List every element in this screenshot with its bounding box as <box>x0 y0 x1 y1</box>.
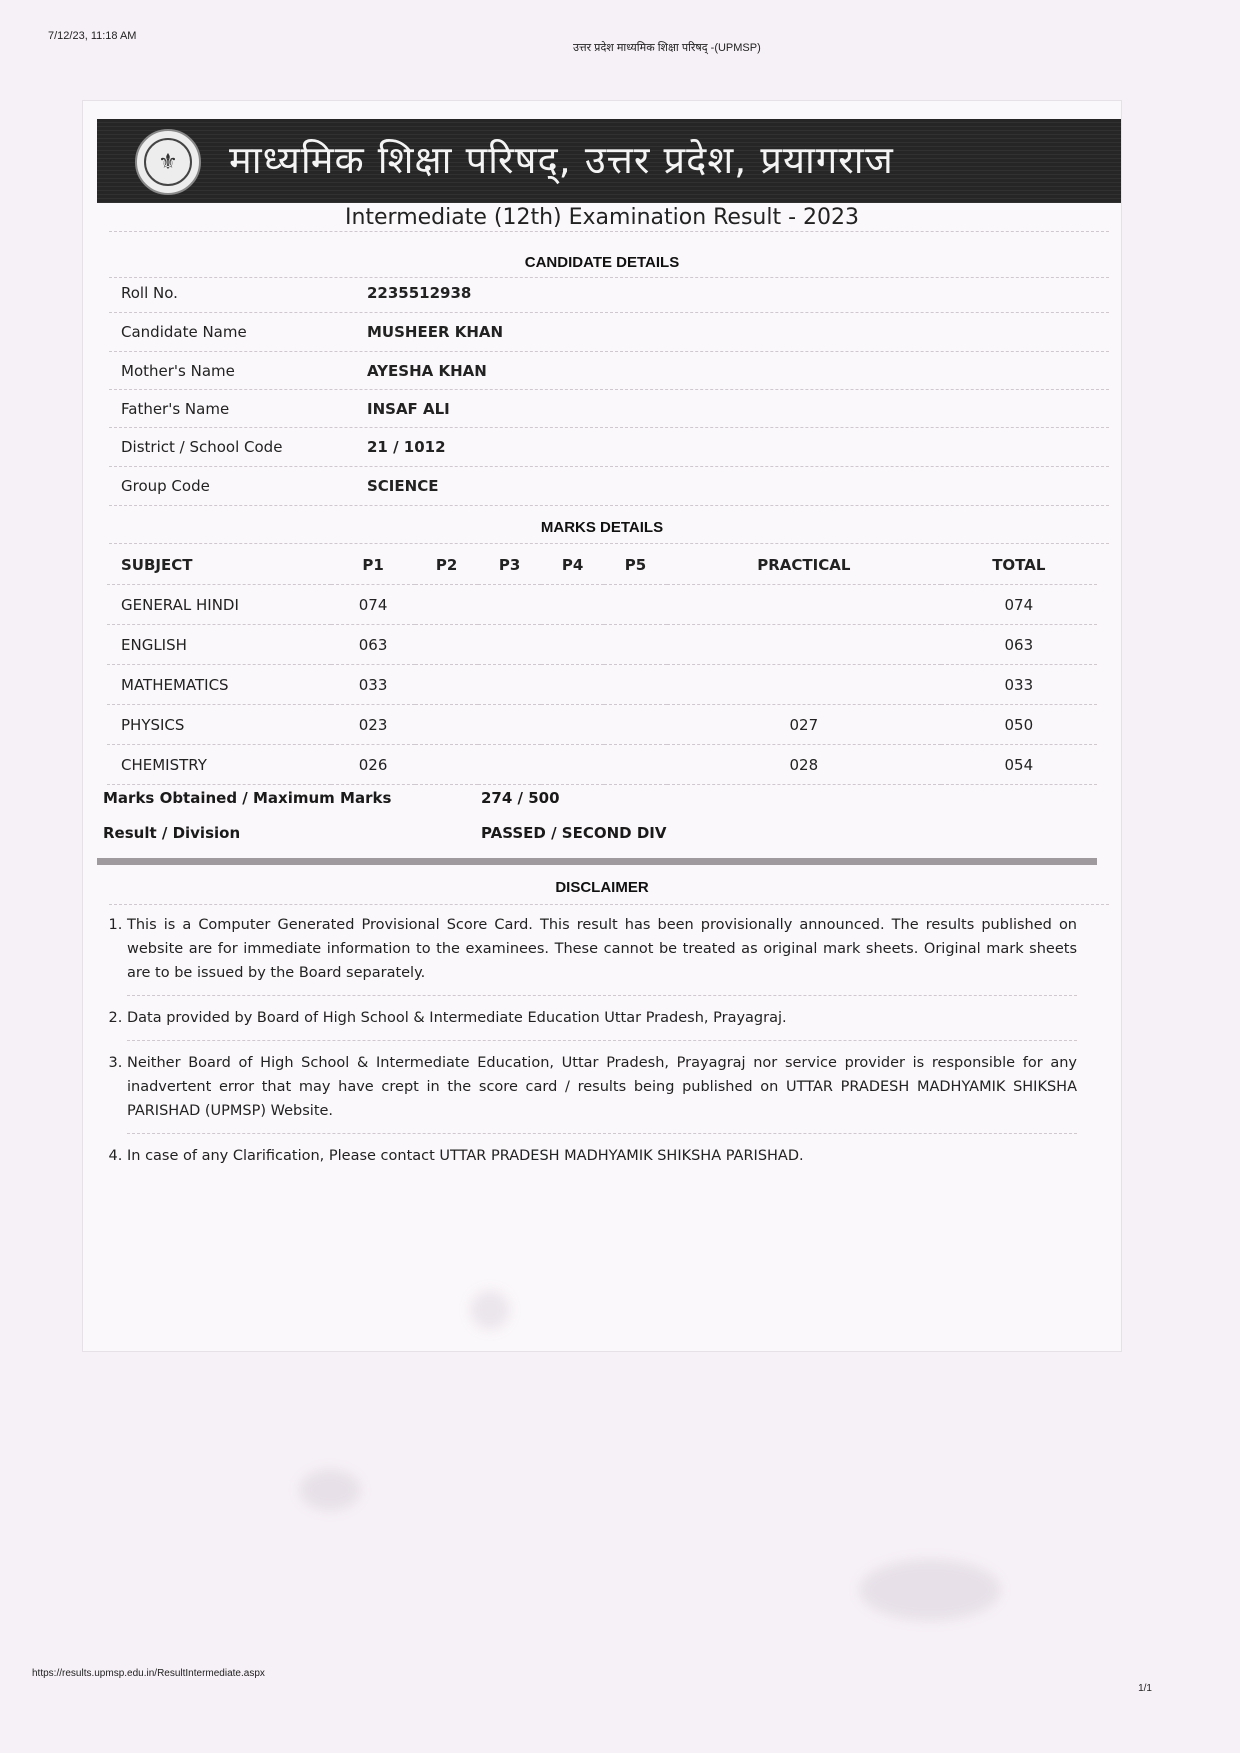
field-value: MUSHEER KHAN <box>367 323 503 341</box>
field-value: AYESHA KHAN <box>367 362 487 380</box>
cell-p4 <box>541 665 604 705</box>
cell-total: 074 <box>941 585 1097 625</box>
cell-p5 <box>604 585 667 625</box>
cell-p3 <box>478 625 541 665</box>
col-p4: P4 <box>541 545 604 585</box>
cell-practical: 027 <box>667 705 941 745</box>
divider <box>109 427 1109 428</box>
divider <box>109 904 1109 905</box>
cell-p1: 063 <box>331 625 415 665</box>
marks-obtained-value: 274 / 500 <box>481 789 560 807</box>
disclaimer-item: Neither Board of High School & Intermedi… <box>127 1051 1077 1134</box>
paper-smudge <box>300 1470 360 1510</box>
cell-p4 <box>541 705 604 745</box>
divider <box>109 466 1109 467</box>
cell-p2 <box>415 585 478 625</box>
disclaimer-title: DISCLAIMER <box>83 879 1121 896</box>
field-value: 21 / 1012 <box>367 438 446 456</box>
cell-subject: CHEMISTRY <box>107 745 331 785</box>
col-subject: SUBJECT <box>107 545 331 585</box>
upmsp-emblem-icon: ⚜ <box>135 129 201 195</box>
cell-subject: GENERAL HINDI <box>107 585 331 625</box>
field-label: Father's Name <box>121 400 351 418</box>
page-number: 1/1 <box>1138 1683 1152 1694</box>
field-label: Group Code <box>121 477 351 495</box>
marks-row: ENGLISH063063 <box>107 625 1097 665</box>
col-p3: P3 <box>478 545 541 585</box>
field-value: 2235512938 <box>367 284 471 302</box>
result-card: ⚜ माध्यमिक शिक्षा परिषद्, उत्तर प्रदेश, … <box>82 100 1122 1352</box>
divider <box>109 351 1109 352</box>
result-value: PASSED / SECOND DIV <box>481 824 666 842</box>
board-banner: ⚜ माध्यमिक शिक्षा परिषद्, उत्तर प्रदेश, … <box>97 119 1121 203</box>
exam-title: Intermediate (12th) Examination Result -… <box>83 205 1121 230</box>
col-p2: P2 <box>415 545 478 585</box>
board-title: माध्यमिक शिक्षा परिषद्, उत्तर प्रदेश, प्… <box>229 133 894 185</box>
marks-row: GENERAL HINDI074074 <box>107 585 1097 625</box>
cell-p1: 033 <box>331 665 415 705</box>
section-divider <box>97 858 1097 865</box>
cell-p3 <box>478 745 541 785</box>
print-site-title: उत्तर प्रदेश माध्यमिक शिक्षा परिषद् -(UP… <box>573 40 761 55</box>
print-url: https://results.upmsp.edu.in/ResultInter… <box>32 1668 265 1679</box>
divider <box>109 277 1109 278</box>
field-label: District / School Code <box>121 438 351 456</box>
cell-p3 <box>478 705 541 745</box>
cell-p1: 023 <box>331 705 415 745</box>
marks-row: MATHEMATICS033033 <box>107 665 1097 705</box>
field-label: Roll No. <box>121 284 351 302</box>
cell-total: 063 <box>941 625 1097 665</box>
cell-total: 050 <box>941 705 1097 745</box>
divider <box>109 231 1109 232</box>
field-label: Mother's Name <box>121 362 351 380</box>
result-label: Result / Division <box>103 824 240 842</box>
col-practical: PRACTICAL <box>667 545 941 585</box>
cell-practical <box>667 665 941 705</box>
print-datetime: 7/12/23, 11:18 AM <box>48 30 136 42</box>
cell-subject: PHYSICS <box>107 705 331 745</box>
cell-p2 <box>415 625 478 665</box>
print-header: 7/12/23, 11:18 AM उत्तर प्रदेश माध्यमिक … <box>48 30 1192 54</box>
disclaimer-item: In case of any Clarification, Please con… <box>127 1144 1077 1178</box>
cell-p5 <box>604 745 667 785</box>
field-label: Candidate Name <box>121 323 351 341</box>
disclaimer-item: Data provided by Board of High School & … <box>127 1006 1077 1041</box>
paper-smudge <box>860 1560 1000 1620</box>
divider <box>109 505 1109 506</box>
cell-p2 <box>415 745 478 785</box>
marks-row: CHEMISTRY026028054 <box>107 745 1097 785</box>
col-total: TOTAL <box>941 545 1097 585</box>
cell-p2 <box>415 705 478 745</box>
cell-p3 <box>478 665 541 705</box>
marks-details-title: MARKS DETAILS <box>83 519 1121 536</box>
cell-p4 <box>541 585 604 625</box>
divider <box>109 312 1109 313</box>
disclaimer-list: This is a Computer Generated Provisional… <box>107 913 1077 1188</box>
marks-header-row: SUBJECT P1 P2 P3 P4 P5 PRACTICAL TOTAL <box>107 545 1097 585</box>
divider <box>109 389 1109 390</box>
cell-p5 <box>604 625 667 665</box>
marks-obtained-label: Marks Obtained / Maximum Marks <box>103 789 391 807</box>
cell-practical <box>667 585 941 625</box>
cell-practical <box>667 625 941 665</box>
disclaimer-item: This is a Computer Generated Provisional… <box>127 913 1077 996</box>
cell-p4 <box>541 625 604 665</box>
col-p1: P1 <box>331 545 415 585</box>
paper-smudge <box>470 1290 510 1330</box>
field-value: SCIENCE <box>367 477 438 495</box>
cell-p1: 074 <box>331 585 415 625</box>
cell-p2 <box>415 665 478 705</box>
field-value: INSAF ALI <box>367 400 450 418</box>
cell-p5 <box>604 665 667 705</box>
cell-practical: 028 <box>667 745 941 785</box>
cell-p5 <box>604 705 667 745</box>
cell-p4 <box>541 745 604 785</box>
cell-total: 033 <box>941 665 1097 705</box>
cell-p3 <box>478 585 541 625</box>
cell-total: 054 <box>941 745 1097 785</box>
col-p5: P5 <box>604 545 667 585</box>
cell-subject: MATHEMATICS <box>107 665 331 705</box>
divider <box>109 543 1109 544</box>
cell-subject: ENGLISH <box>107 625 331 665</box>
marks-row: PHYSICS023027050 <box>107 705 1097 745</box>
cell-p1: 026 <box>331 745 415 785</box>
candidate-details-title: CANDIDATE DETAILS <box>83 254 1121 271</box>
marks-table: SUBJECT P1 P2 P3 P4 P5 PRACTICAL TOTAL G… <box>107 545 1097 785</box>
